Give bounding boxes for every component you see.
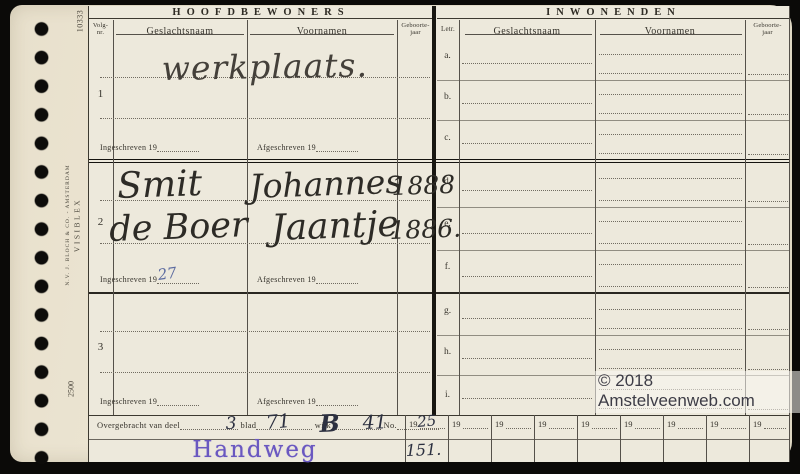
writing-line [462,190,592,191]
dotted-leader [678,419,704,429]
dotted-leader [721,419,747,429]
writing-line [599,200,742,201]
geboortejaar-line1: Geboorte- [753,22,781,29]
afgeschreven-label: Afgeschreven 19 [257,142,358,152]
writing-line [599,153,742,154]
afgeschreven-text: Afgeschreven 19 [257,143,316,152]
handwritten-no-value: 41 [362,411,387,434]
dotted-leader [316,274,358,284]
dotted-leader [316,142,358,152]
title-underline-right [437,18,790,19]
year-column-divider [448,415,449,462]
ingeschreven-text: Ingeschreven 19 [100,143,157,152]
writing-line [748,74,788,75]
ingeschreven-label: Ingeschreven 19 [100,142,199,152]
geboortejaar-line2: jaar [410,29,421,36]
writing-line [599,134,742,135]
column-divider [595,20,596,415]
dotted-leader [592,419,618,429]
dotted-leader [506,419,532,429]
year-cell: 19 [581,419,617,429]
dotted-leader [157,142,199,152]
afgeschreven-text: Afgeschreven 19 [257,397,316,406]
afgeschreven-label: Afgeschreven 19 [257,396,358,406]
writing-line [462,233,592,234]
writing-line [462,63,592,64]
lodger-letter: c. [437,133,458,143]
year-prefix: 19 [495,419,504,429]
handwritten-birthyear-2: 1886. [389,214,462,245]
writing-line [462,276,592,277]
hoofdbewoners-title: HOOFDBEWONERS [88,7,434,18]
year-cell: 19 [753,419,786,429]
row-number: 1 [88,88,113,100]
year-cell: 19 [667,419,703,429]
column-header-geboortejaar-left: Geboorte-jaar [397,22,434,36]
serial-number-top: 10333 [76,10,85,33]
copyright-watermark: © 2018 Amstelveenweb.com [595,371,800,413]
writing-line [462,318,592,319]
ingeschreven-text: Ingeschreven 19 [100,397,157,406]
volgnr-line1: Volg- [93,22,108,29]
row-separator [437,250,790,251]
year-prefix: 19 [753,419,762,429]
writing-line [599,221,742,222]
writing-line [748,329,788,330]
section-separator [88,292,790,294]
year-cell: 19 [452,419,488,429]
writing-line [462,143,592,144]
year-prefix: 19 [667,419,676,429]
year-column-divider [706,415,707,462]
ingeschreven-label: Ingeschreven 19 [100,396,199,406]
printer-brand: VISIBLEX [73,198,82,252]
lodger-letter: i. [437,390,458,400]
year-column-divider [534,415,535,462]
lodger-letter: f. [437,262,458,272]
handwritten-first-year-value: 25 [416,411,437,431]
year-column-divider [663,415,664,462]
printer-brand-sub: N.V. J. BLOCH & CO. - AMSTERDAM [65,164,71,285]
lodger-letter: g. [437,306,458,316]
writing-line [100,331,430,332]
ingeschreven-text: Ingeschreven 19 [100,275,157,284]
binder-punch-holes [34,21,49,464]
year-prefix: 19 [581,419,590,429]
row-separator [437,120,790,121]
afgeschreven-label: Afgeschreven 19 [257,274,358,284]
year-prefix: 19 [538,419,547,429]
writing-line [462,358,592,359]
writing-line [748,201,788,202]
handwritten-entry-werkplaats: werkplaats. [161,45,368,88]
column-header-geslachtsnaam-left: Geslachtsnaam [113,26,247,37]
lodger-letter: b. [437,92,458,102]
bottom-strip-top-line [88,415,790,416]
year-prefix: 19 [710,419,719,429]
writing-line [599,94,742,95]
writing-line [100,118,430,119]
writing-line [599,264,742,265]
year-column-divider [749,415,750,462]
street-name-stamp: Handweg [150,437,360,463]
writing-line [599,309,742,310]
year-column-divider [620,415,621,462]
serial-number-bottom: 2500 [67,381,76,397]
scanned-register-card-photo: 10333 VISIBLEX N.V. J. BLOCH & CO. - AMS… [0,0,800,474]
year-column-divider [491,415,492,462]
table-center-divider [432,6,436,415]
column-divider [745,20,746,415]
writing-line [599,113,742,114]
writing-line [599,286,742,287]
title-underline-left [88,18,434,19]
writing-line [462,103,592,104]
writing-line [748,114,788,115]
year-cell: 19 [495,419,531,429]
row-number: 3 [88,341,113,353]
year-prefix: 19 [452,419,461,429]
handwritten-card-number: 151. [405,440,441,460]
dotted-leader [316,396,358,406]
writing-line [599,243,742,244]
column-header-geboortejaar-right: Geboorte-jaar [745,22,790,36]
afgeschreven-text: Afgeschreven 19 [257,275,316,284]
handwritten-surname-2: de Boer [109,205,249,250]
column-header-voornamen-right: Voornamen [595,26,745,37]
ingeschreven-label: Ingeschreven 19 [100,274,199,284]
handwritten-deel-value: 3 [225,414,237,434]
handwritten-ingeschreven-year: 27 [156,264,177,284]
column-header-volgnr: Volg-nr. [88,22,113,36]
writing-line [599,54,742,55]
writing-line [748,369,788,370]
handwritten-wijk-value: B [319,408,340,438]
dotted-leader [764,419,787,429]
year-cell: 19 [624,419,660,429]
year-cell: 19 [538,419,574,429]
lodger-letter: a. [437,51,458,61]
dotted-leader [549,419,575,429]
column-header-geslachtsnaam-right: Geslachtsnaam [459,26,595,37]
writing-line [599,328,742,329]
overgebracht-label: Overgebracht van deel [97,420,180,430]
handwritten-firstname-2: Jaantje [271,204,400,249]
year-prefix: 19 [624,419,633,429]
geboortejaar-line1: Geboorte- [401,22,429,29]
writing-line [599,178,742,179]
writing-line [748,287,788,288]
handwritten-birthyear-1: 1888 [391,170,456,201]
handwritten-surname-1: Smit [117,163,203,207]
table-left-edge [88,6,89,462]
writing-line [748,244,788,245]
writing-line [748,154,788,155]
row-separator [437,335,790,336]
writing-line [599,73,742,74]
handwritten-firstname-1: Johannes [249,162,403,206]
dotted-leader [635,419,661,429]
inwonenden-title: INWONENDEN [437,7,790,18]
writing-line [599,349,742,350]
volgnr-line2: nr. [97,29,104,36]
row-separator [437,80,790,81]
writing-line [100,372,430,373]
writing-line [599,368,742,369]
dotted-leader [463,419,489,429]
year-column-divider [577,415,578,462]
column-header-voornamen-left: Voornamen [247,26,397,37]
dotted-leader [157,396,199,406]
geboortejaar-line2: jaar [762,29,773,36]
year-cell: 19 [710,419,746,429]
lodger-letter: h. [437,347,458,357]
writing-line [462,398,592,399]
row-separator [437,207,790,208]
column-header-letter: Letr. [437,26,459,33]
blad-label: blad [241,420,257,430]
handwritten-blad-value: 71 [265,410,291,434]
